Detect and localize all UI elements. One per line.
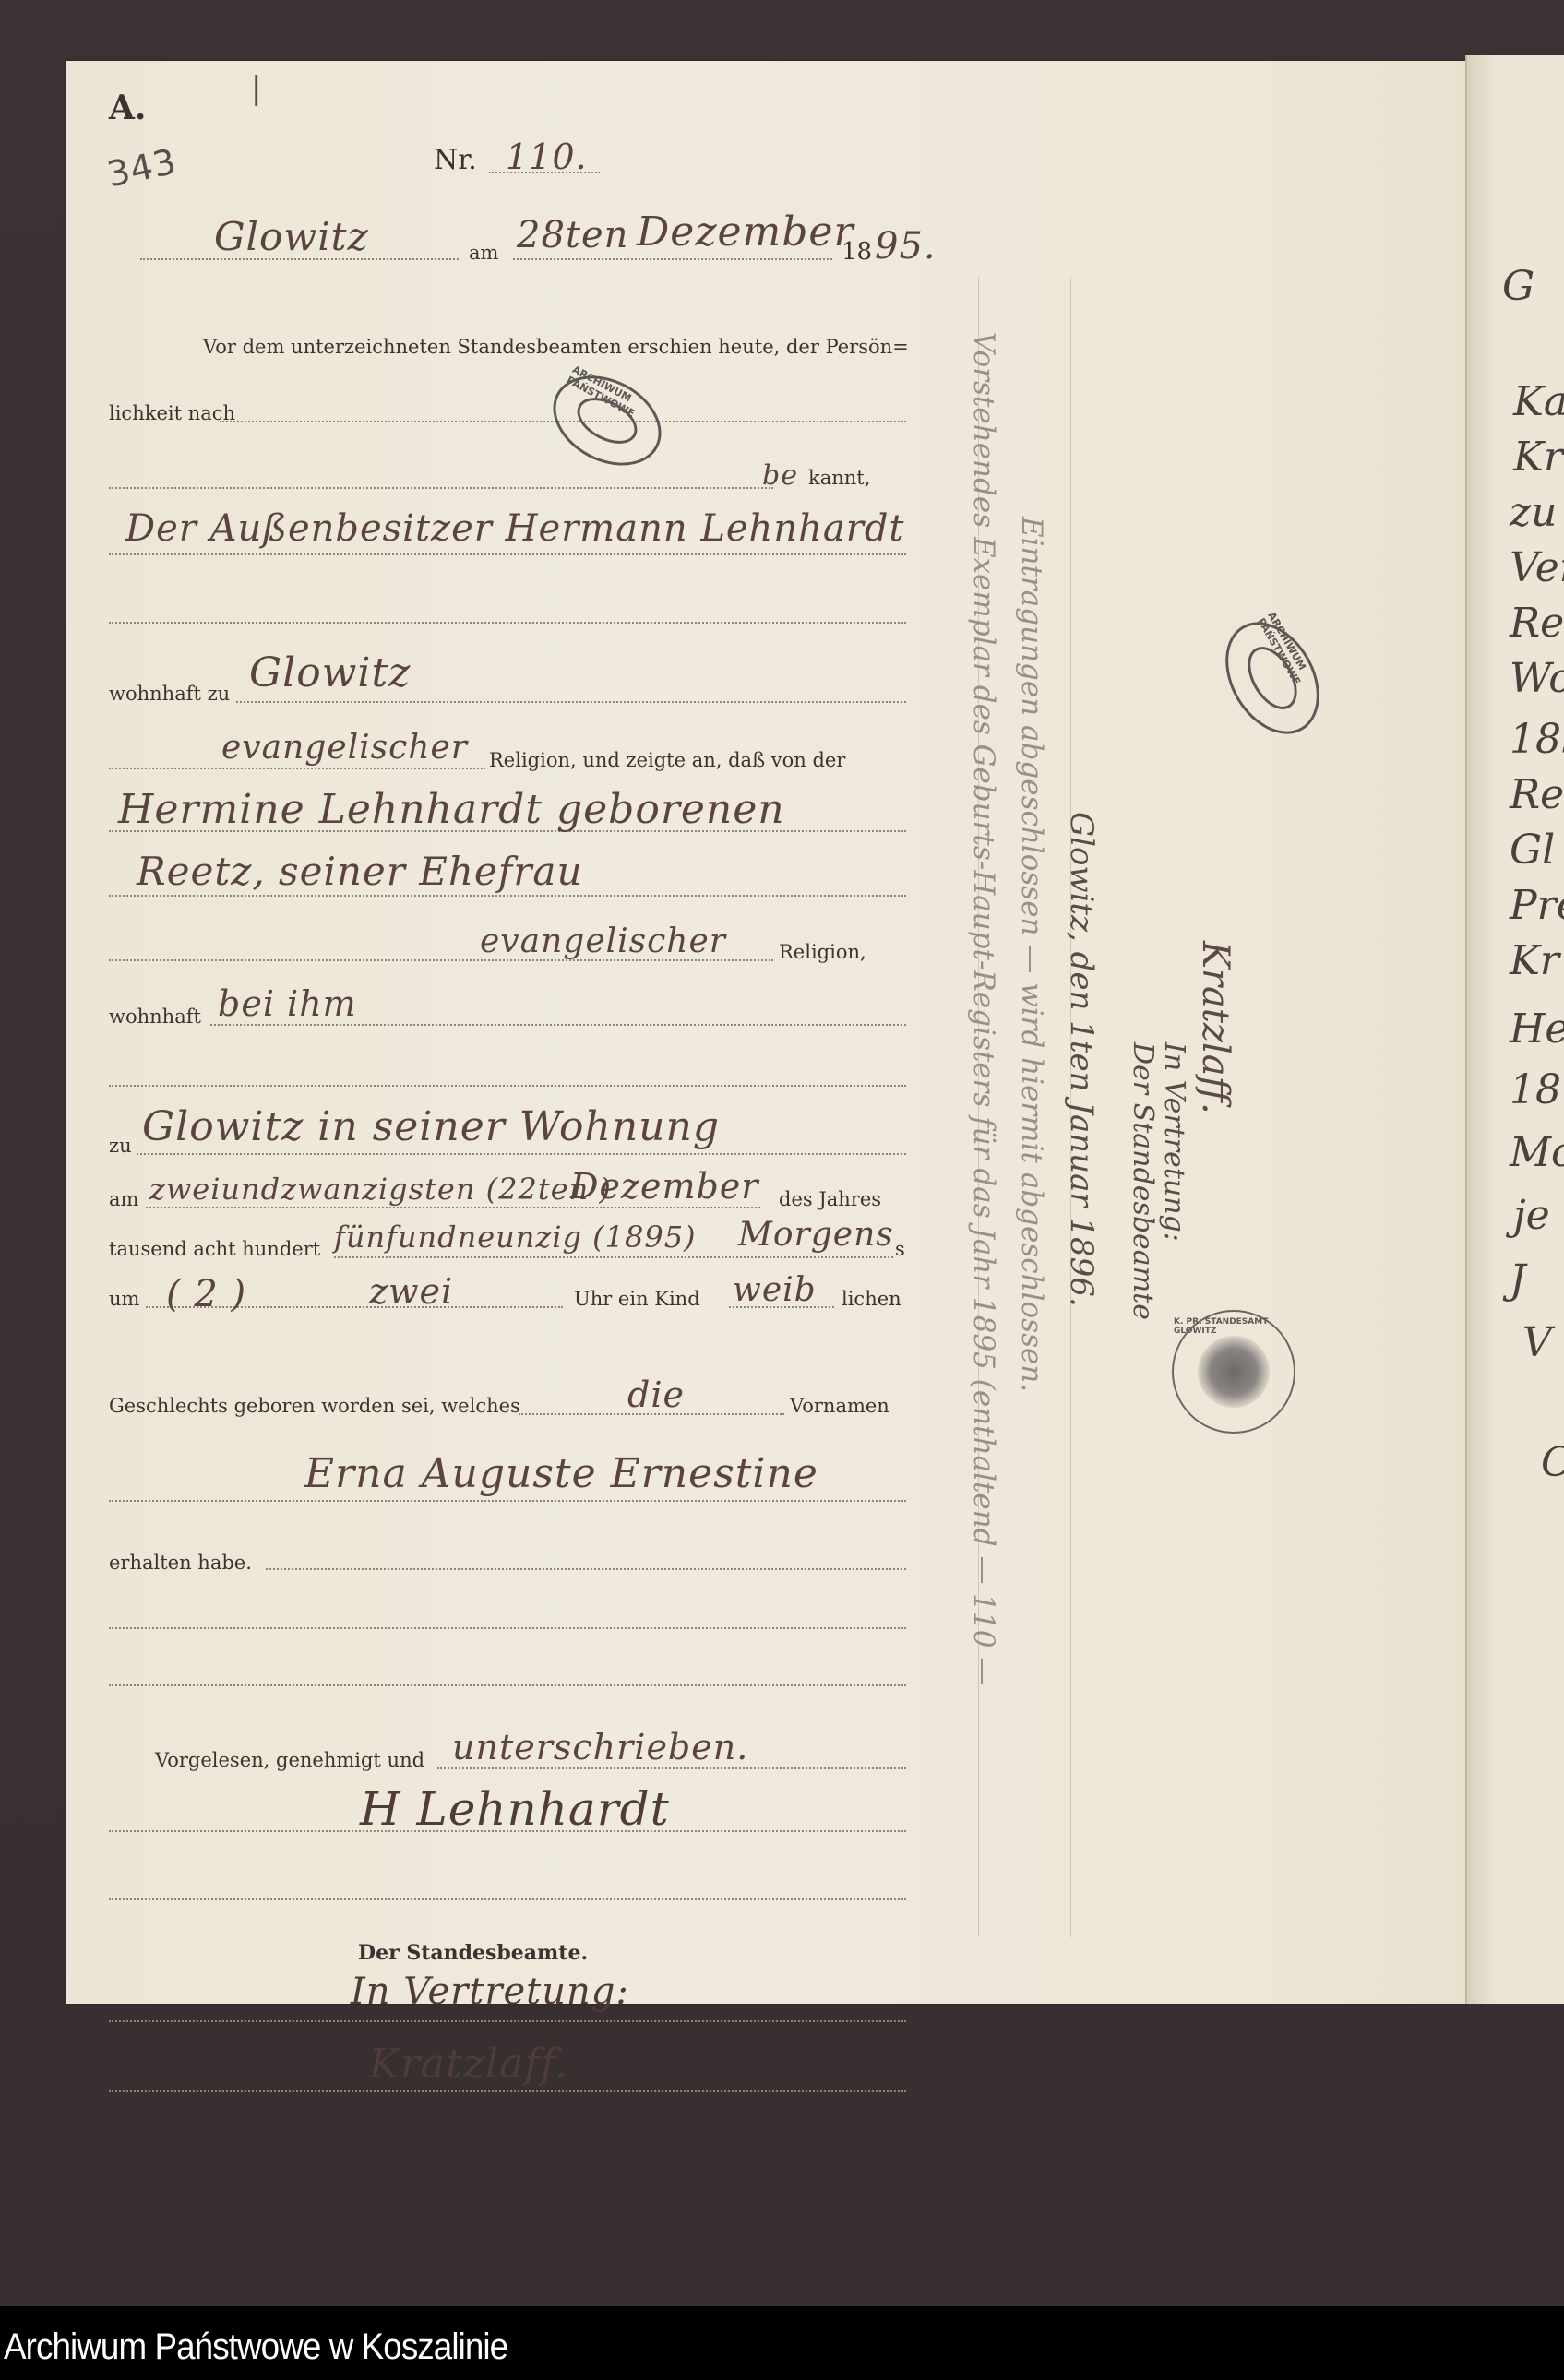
mother-line-1: Hermine Lehnhardt geborenen xyxy=(118,786,785,833)
facing-page-fragment: Wo xyxy=(1510,655,1564,702)
religion-label: Religion, xyxy=(779,941,866,963)
declarant-line xyxy=(109,553,906,555)
facing-page-fragment: Re xyxy=(1510,600,1564,647)
time-of-day: Morgens xyxy=(738,1216,894,1254)
entry-line xyxy=(109,1085,906,1087)
hour-number: ( 2 ) xyxy=(166,1273,246,1315)
year-printed: tausend acht hundert xyxy=(109,1238,320,1260)
residence-label: wohnhaft zu xyxy=(109,683,230,705)
margin-note-line-4: Der Standesbeamte xyxy=(1127,1042,1159,1320)
year-line xyxy=(334,1256,893,1258)
year-words: fünfundneunzig (1895) xyxy=(334,1220,697,1255)
archive-caption-bar: Archiwum Państwowe w Koszalinie xyxy=(0,2306,1564,2380)
registrar-label: Der Standesbeamte. xyxy=(358,1941,588,1965)
date-day: 28ten xyxy=(517,214,628,256)
date-label: am xyxy=(469,242,498,264)
intro-line-1: Vor dem unterzeichneten Standesbeamten e… xyxy=(203,336,909,358)
facing-page-fragment: Pre xyxy=(1510,882,1564,929)
birthplace: Glowitz in seiner Wohnung xyxy=(142,1103,720,1150)
facing-page-fragment: G xyxy=(1502,263,1534,310)
margin-note-line-2: Eintragungen abgeschlossen — wird hiermi… xyxy=(1015,517,1048,1392)
margin-note-line-1: Vorstehendes Exemplar des Geburts-Haupt-… xyxy=(967,332,1000,1685)
mother-line xyxy=(109,895,906,897)
facing-page-fragment: Gl xyxy=(1510,827,1555,874)
facing-page-fragment: Ver xyxy=(1510,544,1564,591)
facing-page-fragment: Re xyxy=(1510,771,1564,818)
hour-words: zwei xyxy=(369,1271,453,1312)
archive-caption: Archiwum Państwowe w Koszalinie xyxy=(4,2326,507,2368)
child-clause: Uhr ein Kind xyxy=(574,1288,700,1310)
mother-residence-label: wohnhaft xyxy=(109,1006,201,1028)
intro-line-2-label: lichkeit nach xyxy=(109,402,235,424)
given-names-line xyxy=(109,1500,906,1502)
facing-page-fragment: Ka xyxy=(1513,378,1564,425)
given-names: Erna Auguste Ernestine xyxy=(304,1450,818,1497)
birth-date-line xyxy=(146,1207,760,1208)
facing-page-fragment: 18 xyxy=(1510,1066,1561,1113)
facing-page-fragment: Kr xyxy=(1513,434,1563,481)
birth-month: Dezember xyxy=(570,1166,758,1207)
registrar-signature-line xyxy=(109,2090,906,2092)
birthplace-line xyxy=(137,1153,906,1155)
year-prefix: 18 xyxy=(842,238,872,266)
entry-line xyxy=(109,1684,906,1686)
entry-line xyxy=(266,1568,906,1570)
facing-page-fragment: V xyxy=(1522,1319,1552,1366)
declarant-signature: H Lehnhardt xyxy=(360,1782,670,1836)
mother-residence-line xyxy=(210,1024,906,1026)
signed-written: unterschrieben. xyxy=(452,1727,748,1767)
received-label: erhalten habe. xyxy=(109,1552,252,1574)
facing-page-fragment: 189 xyxy=(1510,716,1564,763)
mother-residence: bei ihm xyxy=(218,983,357,1024)
declarant: Der Außenbesitzer Hermann Lehnhardt xyxy=(125,507,905,550)
given-names-label: Vornamen xyxy=(790,1395,889,1417)
religion-line xyxy=(109,768,485,769)
mother-line-2: Reetz, seiner Ehefrau xyxy=(137,849,583,894)
declarant-religion: evangelischer xyxy=(221,729,468,767)
date-month: Dezember xyxy=(637,208,854,256)
facing-page-fragment: je xyxy=(1513,1192,1550,1239)
child-sex-suffix: lichen xyxy=(842,1288,901,1310)
register-number: 110. xyxy=(506,137,588,177)
facing-page-fragment: Kr xyxy=(1510,937,1559,984)
facing-page-fragment: Mo xyxy=(1510,1129,1564,1176)
margin-note-line-5: In Vertretung: xyxy=(1158,1042,1190,1242)
mother-religion: evangelischer xyxy=(480,922,726,960)
child-sex: weib xyxy=(733,1271,817,1309)
entry-line xyxy=(109,487,773,489)
entry-line xyxy=(109,1627,906,1629)
entry-line xyxy=(109,622,906,624)
date-line xyxy=(513,258,832,260)
facing-page-fragment: J xyxy=(1510,1256,1526,1303)
time-suffix: s xyxy=(895,1238,905,1260)
registry-seal: K. PR. STANDESAMT GLOWITZ xyxy=(1172,1310,1295,1434)
read-label: Vorgelesen, genehmigt und xyxy=(155,1749,424,1771)
residence: Glowitz xyxy=(249,649,411,696)
form-letter: A. xyxy=(109,89,146,127)
signed-line xyxy=(437,1767,906,1769)
facing-page-fragment: He xyxy=(1510,1006,1564,1053)
register-number-label: Nr. xyxy=(434,144,477,176)
tick-mark: | xyxy=(251,70,262,107)
known-written: be xyxy=(762,459,798,492)
margin-note-line-3: Glowitz, den 1ten Januar 1896. xyxy=(1063,812,1100,1307)
facing-page-fragment: O xyxy=(1541,1439,1564,1486)
year-suffix: 95. xyxy=(875,225,937,268)
registrar-line xyxy=(109,2020,906,2022)
birthplace-label: zu xyxy=(109,1135,132,1157)
sex-clause: Geschlechts geboren worden sei, welches xyxy=(109,1395,520,1417)
article: die xyxy=(627,1374,685,1415)
religion-clause: Religion, und zeigte an, daß von der xyxy=(489,749,845,771)
registrar-line-1: In Vertretung: xyxy=(351,1970,629,2013)
birth-date-label: am xyxy=(109,1188,138,1210)
known-printed: kannt, xyxy=(808,467,870,489)
place-written: Glowitz xyxy=(214,214,369,259)
margin-note-signature: Kratzlaff. xyxy=(1194,941,1236,1114)
birth-date-words: zweiundzwanzigsten (22ten ) xyxy=(149,1172,612,1207)
eagle-emblem-icon xyxy=(1198,1336,1270,1408)
residence-line xyxy=(236,701,906,703)
registrar-signature: Kratzlaff. xyxy=(369,2041,568,2088)
year-label: des Jahres xyxy=(779,1188,881,1210)
hour-label: um xyxy=(109,1288,139,1310)
entry-line xyxy=(109,1898,906,1900)
facing-page-fragment: zu xyxy=(1510,489,1558,536)
